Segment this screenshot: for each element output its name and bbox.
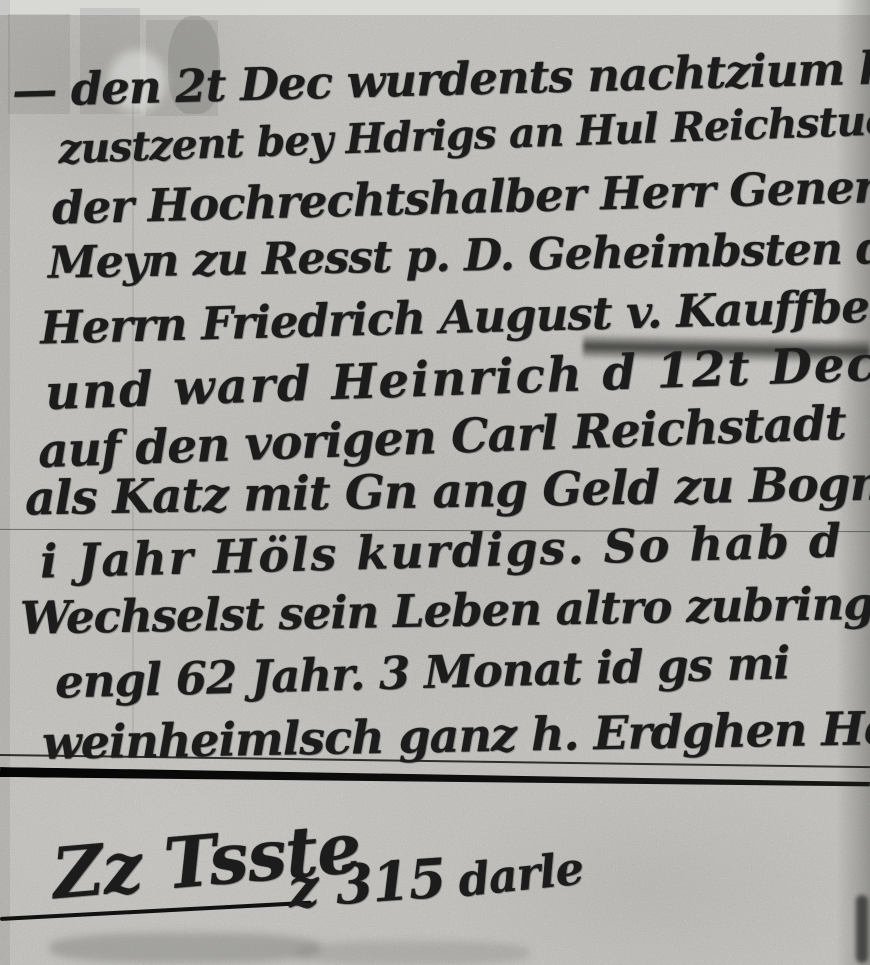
handwritten-line: Wechselst sein Leben altro zubringe — [20, 580, 870, 640]
separator-line-thick — [0, 767, 870, 789]
word-darle: darle — [456, 846, 585, 904]
handwritten-line: weinheimlsch ganz h. Erdghen Hein — [42, 704, 870, 766]
handwritten-line: als Katz mit Gn ang Geld zu Bogn — [25, 461, 870, 523]
handwritten-line: der Hochrechtshalber Herr Generale — [52, 162, 870, 230]
page-edge-dark-mark — [856, 895, 868, 963]
handwritten-line: Meyn zu Resst p. D. Geheimbsten des — [48, 226, 870, 286]
number-scrawl: z 315 — [286, 851, 447, 916]
handwritten-line: engl 62 Jahr. 3 Monat id gs mi — [55, 640, 790, 704]
scanned-page: — den 2t Dec wurdents nachtzium heb zust… — [0, 0, 870, 965]
left-edge-shading — [0, 0, 10, 965]
bottom-smudge — [295, 941, 530, 965]
bottom-smudge — [50, 933, 320, 963]
handwritten-line: i Jahr Höls kurdigs. So hab d — [40, 517, 844, 584]
